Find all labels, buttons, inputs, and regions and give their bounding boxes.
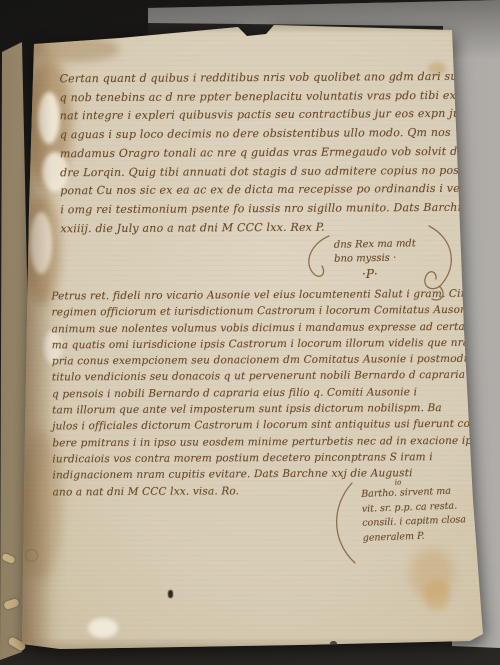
text-line: dre Lorqin. Quig tibi annuati dot stagis… — [60, 161, 479, 182]
ink-speck — [168, 590, 173, 598]
foxing-spot — [424, 580, 450, 610]
page-shadow-wrap: xxbij Certan quant d quibus i redditibus… — [0, 0, 500, 665]
paragraph-mark: ·P· — [362, 267, 378, 281]
text-line: ponat Cu nos sic ex ea ac ex de dicta ma… — [60, 180, 479, 201]
bottom-edge-shade — [30, 637, 480, 651]
note-line: generalem P. — [363, 528, 467, 546]
text-line: Certan quant d quibus i redditibus nris … — [59, 68, 478, 89]
text-line: bere pmitrans i in ipso usu eosdem minim… — [52, 432, 500, 451]
text-line: titulo vendicionis seu donacois q ut per… — [52, 367, 500, 386]
gutter-shadow — [22, 40, 52, 647]
foxing-spot — [410, 548, 454, 600]
folio-number: xxbij — [418, 13, 449, 25]
text-line: q aguas i sup loco decimis no dere obsis… — [60, 124, 479, 145]
paragraph-1: Certan quant d quibus i redditibus nris … — [59, 68, 479, 239]
text-line-dateline: xxiiij. die July ano a nat dni M CCC lxx… — [60, 217, 479, 238]
repair-patch — [88, 618, 118, 638]
chancery-note: io Bartho. sirvent ma vit. sr. p.p. ca r… — [361, 484, 467, 546]
left-swash-flourish — [309, 236, 329, 276]
text-line: q nob tenebins ac d nre ppter beneplacit… — [60, 86, 479, 107]
text-line: i omg rei testimonium psente fo iussis n… — [60, 199, 479, 220]
paragraph-2: Petrus ret. fideli nro vicario Ausonie v… — [51, 286, 500, 501]
text-line: madamus Oragro tonali ac nre q guidas vr… — [60, 143, 479, 164]
manuscript-page: xxbij Certan quant d quibus i redditibus… — [0, 0, 500, 665]
note-line: bno myssis · — [334, 251, 416, 266]
text-line: nat integre i expleri quibusvis pactis s… — [60, 105, 479, 126]
note-line: dns Rex ma mdt — [334, 237, 416, 252]
top-edge-shade — [30, 24, 460, 34]
registration-note: dns Rex ma mdt bno myssis · — [334, 237, 416, 266]
manuscript-photo: xxbij Certan quant d quibus i redditibus… — [0, 0, 500, 665]
superscript-abbreviation: io — [395, 478, 402, 486]
